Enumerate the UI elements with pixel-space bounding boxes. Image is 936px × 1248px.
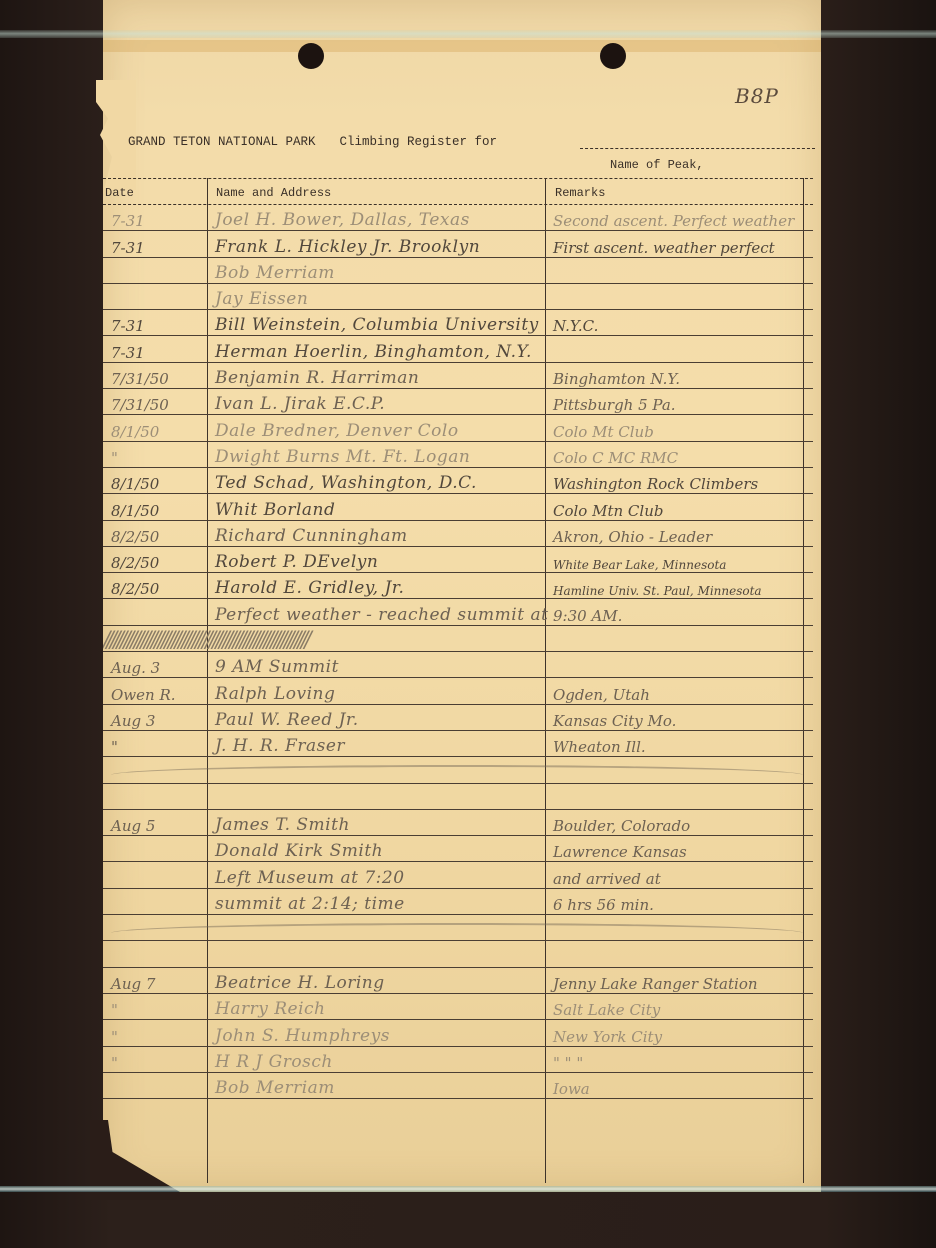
entry-date bbox=[111, 889, 205, 916]
entry-date: 8/1/50 bbox=[111, 494, 205, 521]
entry-date: 8/1/50 bbox=[111, 415, 205, 442]
entry-name-address: Robert P. DEvelyn bbox=[215, 547, 545, 574]
entry-remarks: 9:30 AM. bbox=[553, 599, 803, 626]
entry-date: Aug 7 bbox=[111, 968, 205, 995]
table-row: 7-31Bill Weinstein, Columbia UniversityN… bbox=[103, 310, 813, 336]
table-row: 7/31/50Ivan L. Jirak E.C.P.Pittsburgh 5 … bbox=[103, 389, 813, 415]
entry-remarks: Hamline Univ. St. Paul, Minnesota bbox=[553, 573, 803, 600]
peak-name-line bbox=[580, 148, 815, 149]
peak-caption: Name of Peak, bbox=[610, 158, 704, 172]
table-row bbox=[103, 784, 813, 810]
header-top-rule bbox=[103, 178, 813, 179]
entry-name-address bbox=[215, 915, 545, 942]
register-rows: 7-31Joel H. Bower, Dallas, TexasSecond a… bbox=[103, 205, 813, 1099]
entry-date: 8/1/50 bbox=[111, 468, 205, 495]
table-row: Owen R.Ralph LovingOgden, Utah bbox=[103, 678, 813, 704]
entry-name-address: Paul W. Reed Jr. bbox=[215, 705, 545, 732]
entry-remarks bbox=[553, 336, 803, 363]
table-row: 7-31Frank L. Hickley Jr. BrooklynFirst a… bbox=[103, 231, 813, 257]
table-row: summit at 2:14; time6 hrs 56 min. bbox=[103, 889, 813, 915]
entry-remarks: Ogden, Utah bbox=[553, 678, 803, 705]
entry-name-address: Dwight Burns Mt. Ft. Logan bbox=[215, 442, 545, 469]
entry-date bbox=[111, 862, 205, 889]
entry-remarks bbox=[553, 757, 803, 784]
table-row bbox=[103, 941, 813, 967]
entry-name-address bbox=[215, 626, 545, 653]
register-title: GRAND TETON NATIONAL PARKClimbing Regist… bbox=[128, 135, 497, 149]
table-row: Left Museum at 7:20and arrived at bbox=[103, 862, 813, 888]
entry-date: 8/2/50 bbox=[111, 547, 205, 574]
table-row bbox=[103, 757, 813, 783]
entry-remarks: N.Y.C. bbox=[553, 310, 803, 337]
entry-date: " bbox=[111, 1047, 205, 1074]
entry-date: 8/2/50 bbox=[111, 521, 205, 548]
punch-hole-left bbox=[298, 43, 324, 69]
entry-date bbox=[111, 626, 205, 653]
entry-date: 8/2/50 bbox=[111, 573, 205, 600]
entry-date bbox=[111, 836, 205, 863]
entry-name-address bbox=[215, 757, 545, 784]
table-row: 8/2/50Harold E. Gridley, Jr.Hamline Univ… bbox=[103, 573, 813, 599]
entry-date bbox=[111, 1073, 205, 1100]
entry-name-address: Dale Bredner, Denver Colo bbox=[215, 415, 545, 442]
entry-name-address: summit at 2:14; time bbox=[215, 889, 545, 916]
entry-remarks bbox=[553, 784, 803, 811]
table-row: Bob Merriam bbox=[103, 258, 813, 284]
table-row: 8/1/50Dale Bredner, Denver ColoColo Mt C… bbox=[103, 415, 813, 441]
entry-remarks: Lawrence Kansas bbox=[553, 836, 803, 863]
punch-hole-right bbox=[600, 43, 626, 69]
entry-date: Aug. 3 bbox=[111, 652, 205, 679]
glass-frame-edge-top bbox=[0, 30, 936, 38]
entry-remarks: Akron, Ohio - Leader bbox=[553, 521, 803, 548]
entry-date: Owen R. bbox=[111, 678, 205, 705]
table-row: Bob MerriamIowa bbox=[103, 1073, 813, 1099]
entry-remarks: Colo C MC RMC bbox=[553, 442, 803, 469]
entry-name-address bbox=[215, 941, 545, 968]
table-row: "John S. HumphreysNew York City bbox=[103, 1020, 813, 1046]
entry-date: " bbox=[111, 994, 205, 1021]
entry-name-address: Herman Hoerlin, Binghamton, N.Y. bbox=[215, 336, 545, 363]
entry-remarks: Washington Rock Climbers bbox=[553, 468, 803, 495]
entry-name-address: Whit Borland bbox=[215, 494, 545, 521]
column-header-date: Date bbox=[105, 186, 134, 200]
entry-name-address: Bob Merriam bbox=[215, 1073, 545, 1100]
glass-frame-edge-bottom bbox=[0, 1186, 936, 1192]
entry-name-address: Donald Kirk Smith bbox=[215, 836, 545, 863]
entry-name-address: Ted Schad, Washington, D.C. bbox=[215, 468, 545, 495]
entry-remarks: 6 hrs 56 min. bbox=[553, 889, 803, 916]
entry-date: 7/31/50 bbox=[111, 389, 205, 416]
table-row: 8/1/50Whit BorlandColo Mtn Club bbox=[103, 494, 813, 520]
park-name: GRAND TETON NATIONAL PARK bbox=[128, 135, 316, 149]
table-row: ////////////////////////////////////////… bbox=[103, 626, 813, 652]
entry-date bbox=[111, 915, 205, 942]
entry-name-address: Beatrice H. Loring bbox=[215, 968, 545, 995]
table-row: Aug 7Beatrice H. LoringJenny Lake Ranger… bbox=[103, 968, 813, 994]
entry-date bbox=[111, 757, 205, 784]
table-row: Jay Eissen bbox=[103, 284, 813, 310]
entry-remarks: Binghamton N.Y. bbox=[553, 363, 803, 390]
entry-name-address: Left Museum at 7:20 bbox=[215, 862, 545, 889]
table-row: "Dwight Burns Mt. Ft. LoganColo C MC RMC bbox=[103, 442, 813, 468]
table-row: "J. H. R. FraserWheaton Ill. bbox=[103, 731, 813, 757]
entry-name-address: 9 AM Summit bbox=[215, 652, 545, 679]
entry-name-address: James T. Smith bbox=[215, 810, 545, 837]
entry-date bbox=[111, 599, 205, 626]
table-row: 7/31/50Benjamin R. HarrimanBinghamton N.… bbox=[103, 363, 813, 389]
table-row: 8/2/50Richard CunninghamAkron, Ohio - Le… bbox=[103, 521, 813, 547]
entry-remarks bbox=[553, 284, 803, 311]
entry-date bbox=[111, 284, 205, 311]
column-header-name: Name and Address bbox=[216, 186, 331, 200]
entry-date: Aug 5 bbox=[111, 810, 205, 837]
table-row: 8/1/50Ted Schad, Washington, D.C.Washing… bbox=[103, 468, 813, 494]
entry-remarks: Colo Mt Club bbox=[553, 415, 803, 442]
entry-date: 7-31 bbox=[111, 205, 205, 232]
entry-remarks: Iowa bbox=[553, 1073, 803, 1100]
entry-date: 7-31 bbox=[111, 310, 205, 337]
entry-name-address: Harold E. Gridley, Jr. bbox=[215, 573, 545, 600]
table-row: Perfect weather - reached summit at9:30 … bbox=[103, 599, 813, 625]
entry-remarks: Second ascent. Perfect weather bbox=[553, 205, 803, 232]
entry-date: Aug 3 bbox=[111, 705, 205, 732]
entry-name-address: Ralph Loving bbox=[215, 678, 545, 705]
register-label: Climbing Register for bbox=[340, 135, 498, 149]
entry-name-address bbox=[215, 784, 545, 811]
entry-date: 7-31 bbox=[111, 336, 205, 363]
entry-date: 7-31 bbox=[111, 231, 205, 258]
table-row: 8/2/50Robert P. DEvelynWhite Bear Lake, … bbox=[103, 547, 813, 573]
table-row: 7-31Herman Hoerlin, Binghamton, N.Y. bbox=[103, 336, 813, 362]
entry-name-address: John S. Humphreys bbox=[215, 1020, 545, 1047]
entry-name-address: Ivan L. Jirak E.C.P. bbox=[215, 389, 545, 416]
entry-remarks: New York City bbox=[553, 1020, 803, 1047]
entry-remarks bbox=[553, 915, 803, 942]
entry-name-address: Jay Eissen bbox=[215, 284, 545, 311]
entry-name-address: Frank L. Hickley Jr. Brooklyn bbox=[215, 231, 545, 258]
entry-remarks: Jenny Lake Ranger Station bbox=[553, 968, 803, 995]
entry-name-address: Benjamin R. Harriman bbox=[215, 363, 545, 390]
table-row: Aug 5James T. SmithBoulder, Colorado bbox=[103, 810, 813, 836]
entry-name-address: Joel H. Bower, Dallas, Texas bbox=[215, 205, 545, 232]
entry-date: " bbox=[111, 731, 205, 758]
entry-remarks bbox=[553, 258, 803, 285]
table-row: Aug 3Paul W. Reed Jr.Kansas City Mo. bbox=[103, 705, 813, 731]
table-row: 7-31Joel H. Bower, Dallas, TexasSecond a… bbox=[103, 205, 813, 231]
table-row: Donald Kirk SmithLawrence Kansas bbox=[103, 836, 813, 862]
entry-name-address: J. H. R. Fraser bbox=[215, 731, 545, 758]
entry-date bbox=[111, 941, 205, 968]
entry-name-address: Bill Weinstein, Columbia University bbox=[215, 310, 545, 337]
entry-date bbox=[111, 784, 205, 811]
register-table: Date Name and Address Remarks 7-31Joel H… bbox=[103, 178, 813, 1183]
entry-remarks: White Bear Lake, Minnesota bbox=[553, 547, 803, 574]
entry-remarks bbox=[553, 652, 803, 679]
entry-remarks: First ascent. weather perfect bbox=[553, 231, 803, 258]
table-row: Aug. 39 AM Summit bbox=[103, 652, 813, 678]
entry-remarks: " " " bbox=[553, 1047, 803, 1074]
entry-remarks: Kansas City Mo. bbox=[553, 705, 803, 732]
entry-remarks: Salt Lake City bbox=[553, 994, 803, 1021]
entry-date: " bbox=[111, 442, 205, 469]
entry-name-address: Perfect weather - reached summit at bbox=[215, 599, 545, 626]
entry-name-address: Bob Merriam bbox=[215, 258, 545, 285]
entry-remarks bbox=[553, 941, 803, 968]
entry-date bbox=[111, 258, 205, 285]
table-row bbox=[103, 915, 813, 941]
entry-remarks: Wheaton Ill. bbox=[553, 731, 803, 758]
table-row: "H R J Grosch" " " bbox=[103, 1047, 813, 1073]
entry-name-address: Richard Cunningham bbox=[215, 521, 545, 548]
entry-name-address: Harry Reich bbox=[215, 994, 545, 1021]
entry-remarks bbox=[553, 626, 803, 653]
entry-name-address: H R J Grosch bbox=[215, 1047, 545, 1074]
entry-date: " bbox=[111, 1020, 205, 1047]
entry-remarks: Colo Mtn Club bbox=[553, 494, 803, 521]
entry-remarks: Boulder, Colorado bbox=[553, 810, 803, 837]
page-id: B8P bbox=[735, 84, 779, 108]
entry-remarks: and arrived at bbox=[553, 862, 803, 889]
table-row: "Harry ReichSalt Lake City bbox=[103, 994, 813, 1020]
column-header-remarks: Remarks bbox=[555, 186, 605, 200]
entry-date: 7/31/50 bbox=[111, 363, 205, 390]
entry-remarks: Pittsburgh 5 Pa. bbox=[553, 389, 803, 416]
